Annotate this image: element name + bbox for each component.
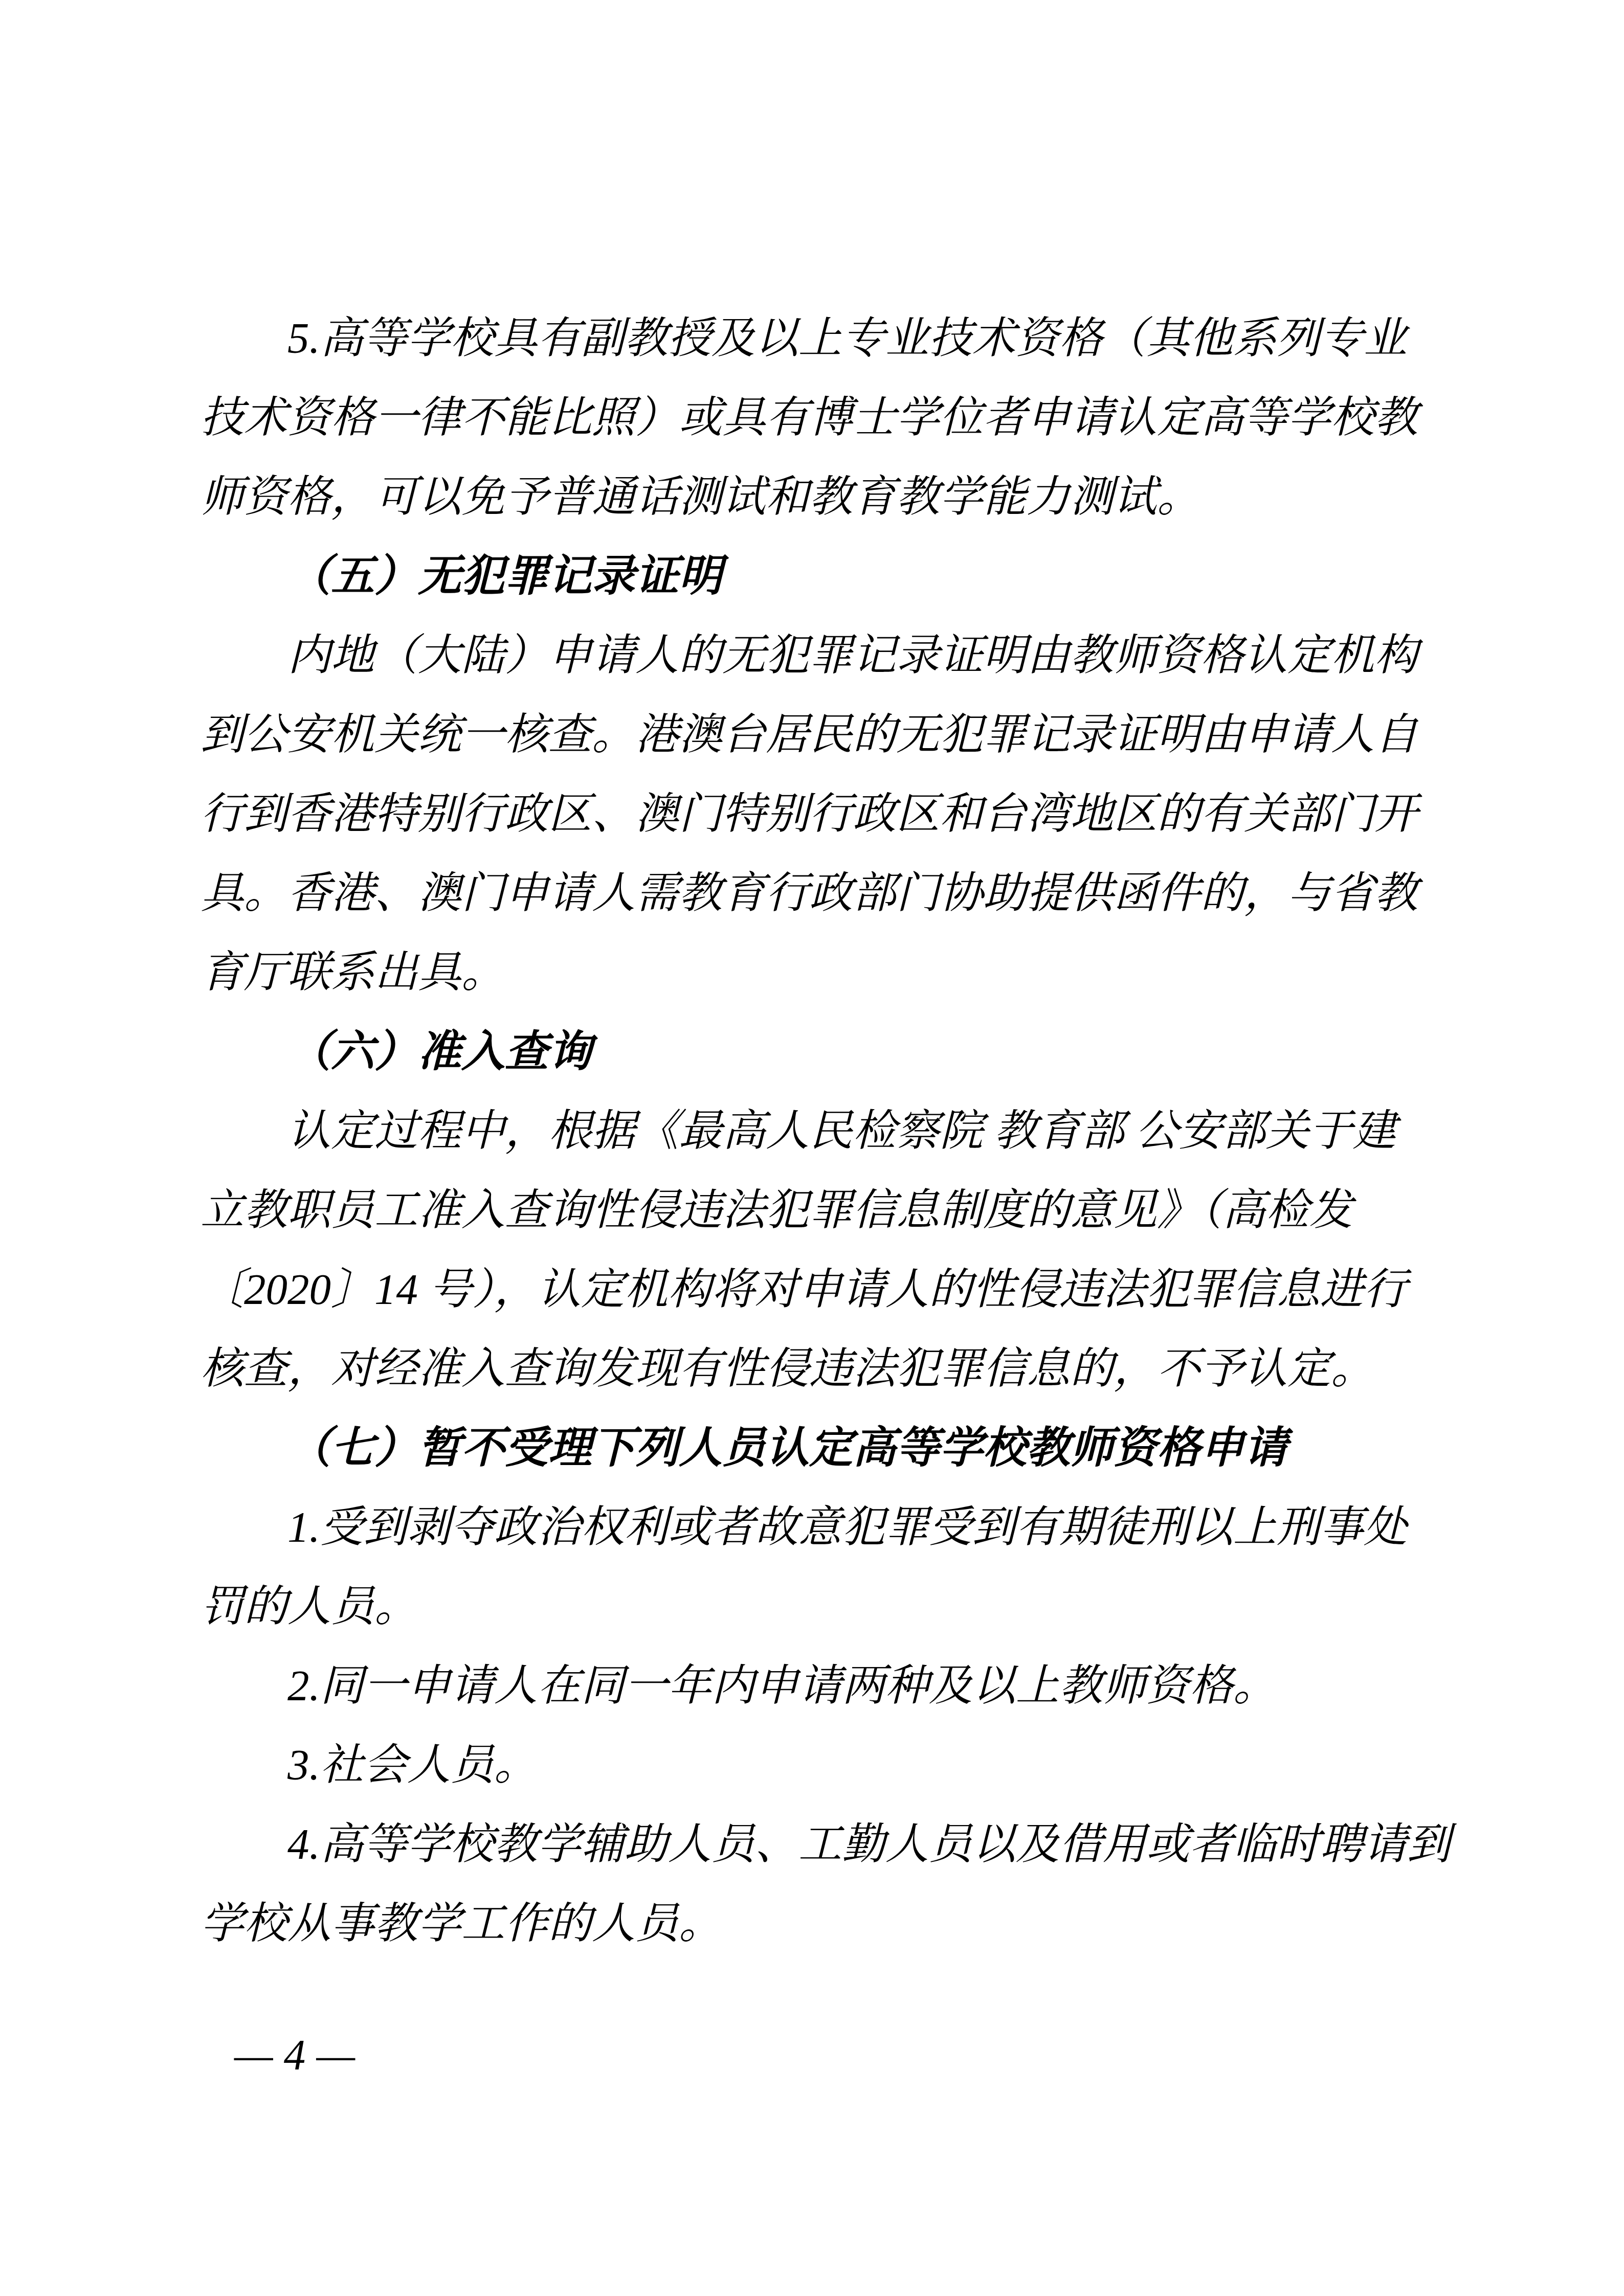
page-number: — 4 — xyxy=(234,2016,355,2095)
text-line: 内地（大陆）申请人的无犯罪记录证明由教师资格认定机构 xyxy=(201,616,1423,695)
section-heading: （六）准入查询 xyxy=(201,1012,1423,1092)
text-line: 1.受到剥夺政治权利或者故意犯罪受到有期徒刑以上刑事处 xyxy=(201,1488,1423,1567)
section-heading: （五）无犯罪记录证明 xyxy=(201,537,1423,616)
text-line: 2.同一申请人在同一年内申请两种及以上教师资格。 xyxy=(201,1647,1423,1726)
document-body: 5.高等学校具有副教授及以上专业技术资格（其他系列专业 技术资格一律不能比照）或… xyxy=(201,299,1423,1964)
section-heading: （七）暂不受理下列人员认定高等学校教师资格申请 xyxy=(201,1409,1423,1488)
document-page: 5.高等学校具有副教授及以上专业技术资格（其他系列专业 技术资格一律不能比照）或… xyxy=(0,0,1624,2296)
text-line: 核查，对经准入查询发现有性侵违法犯罪信息的，不予认定。 xyxy=(201,1330,1423,1409)
text-line: 行到香港特别行政区、澳门特别行政区和台湾地区的有关部门开 xyxy=(201,775,1423,854)
text-line: 到公安机关统一核查。港澳台居民的无犯罪记录证明由申请人自 xyxy=(201,695,1423,775)
text-line: 〔2020〕14 号），认定机构将对申请人的性侵违法犯罪信息进行 xyxy=(201,1250,1423,1330)
text-line: 具。香港、澳门申请人需教育行政部门协助提供函件的，与省教 xyxy=(201,854,1423,933)
text-line: 5.高等学校具有副教授及以上专业技术资格（其他系列专业 xyxy=(201,299,1423,378)
text-line: 认定过程中，根据《最高人民检察院 教育部 公安部关于建 xyxy=(201,1092,1423,1171)
text-line: 技术资格一律不能比照）或具有博士学位者申请认定高等学校教 xyxy=(201,378,1423,458)
text-line: 4.高等学校教学辅助人员、工勤人员以及借用或者临时聘请到 xyxy=(201,1805,1423,1884)
text-line: 3.社会人员。 xyxy=(201,1726,1423,1805)
text-line: 立教职员工准入查询性侵违法犯罪信息制度的意见》（高检发 xyxy=(201,1171,1423,1250)
text-line: 育厅联系出具。 xyxy=(201,933,1423,1012)
text-line: 罚的人员。 xyxy=(201,1567,1423,1647)
text-line: 师资格，可以免予普通话测试和教育教学能力测试。 xyxy=(201,458,1423,537)
text-line: 学校从事教学工作的人员。 xyxy=(201,1884,1423,1964)
